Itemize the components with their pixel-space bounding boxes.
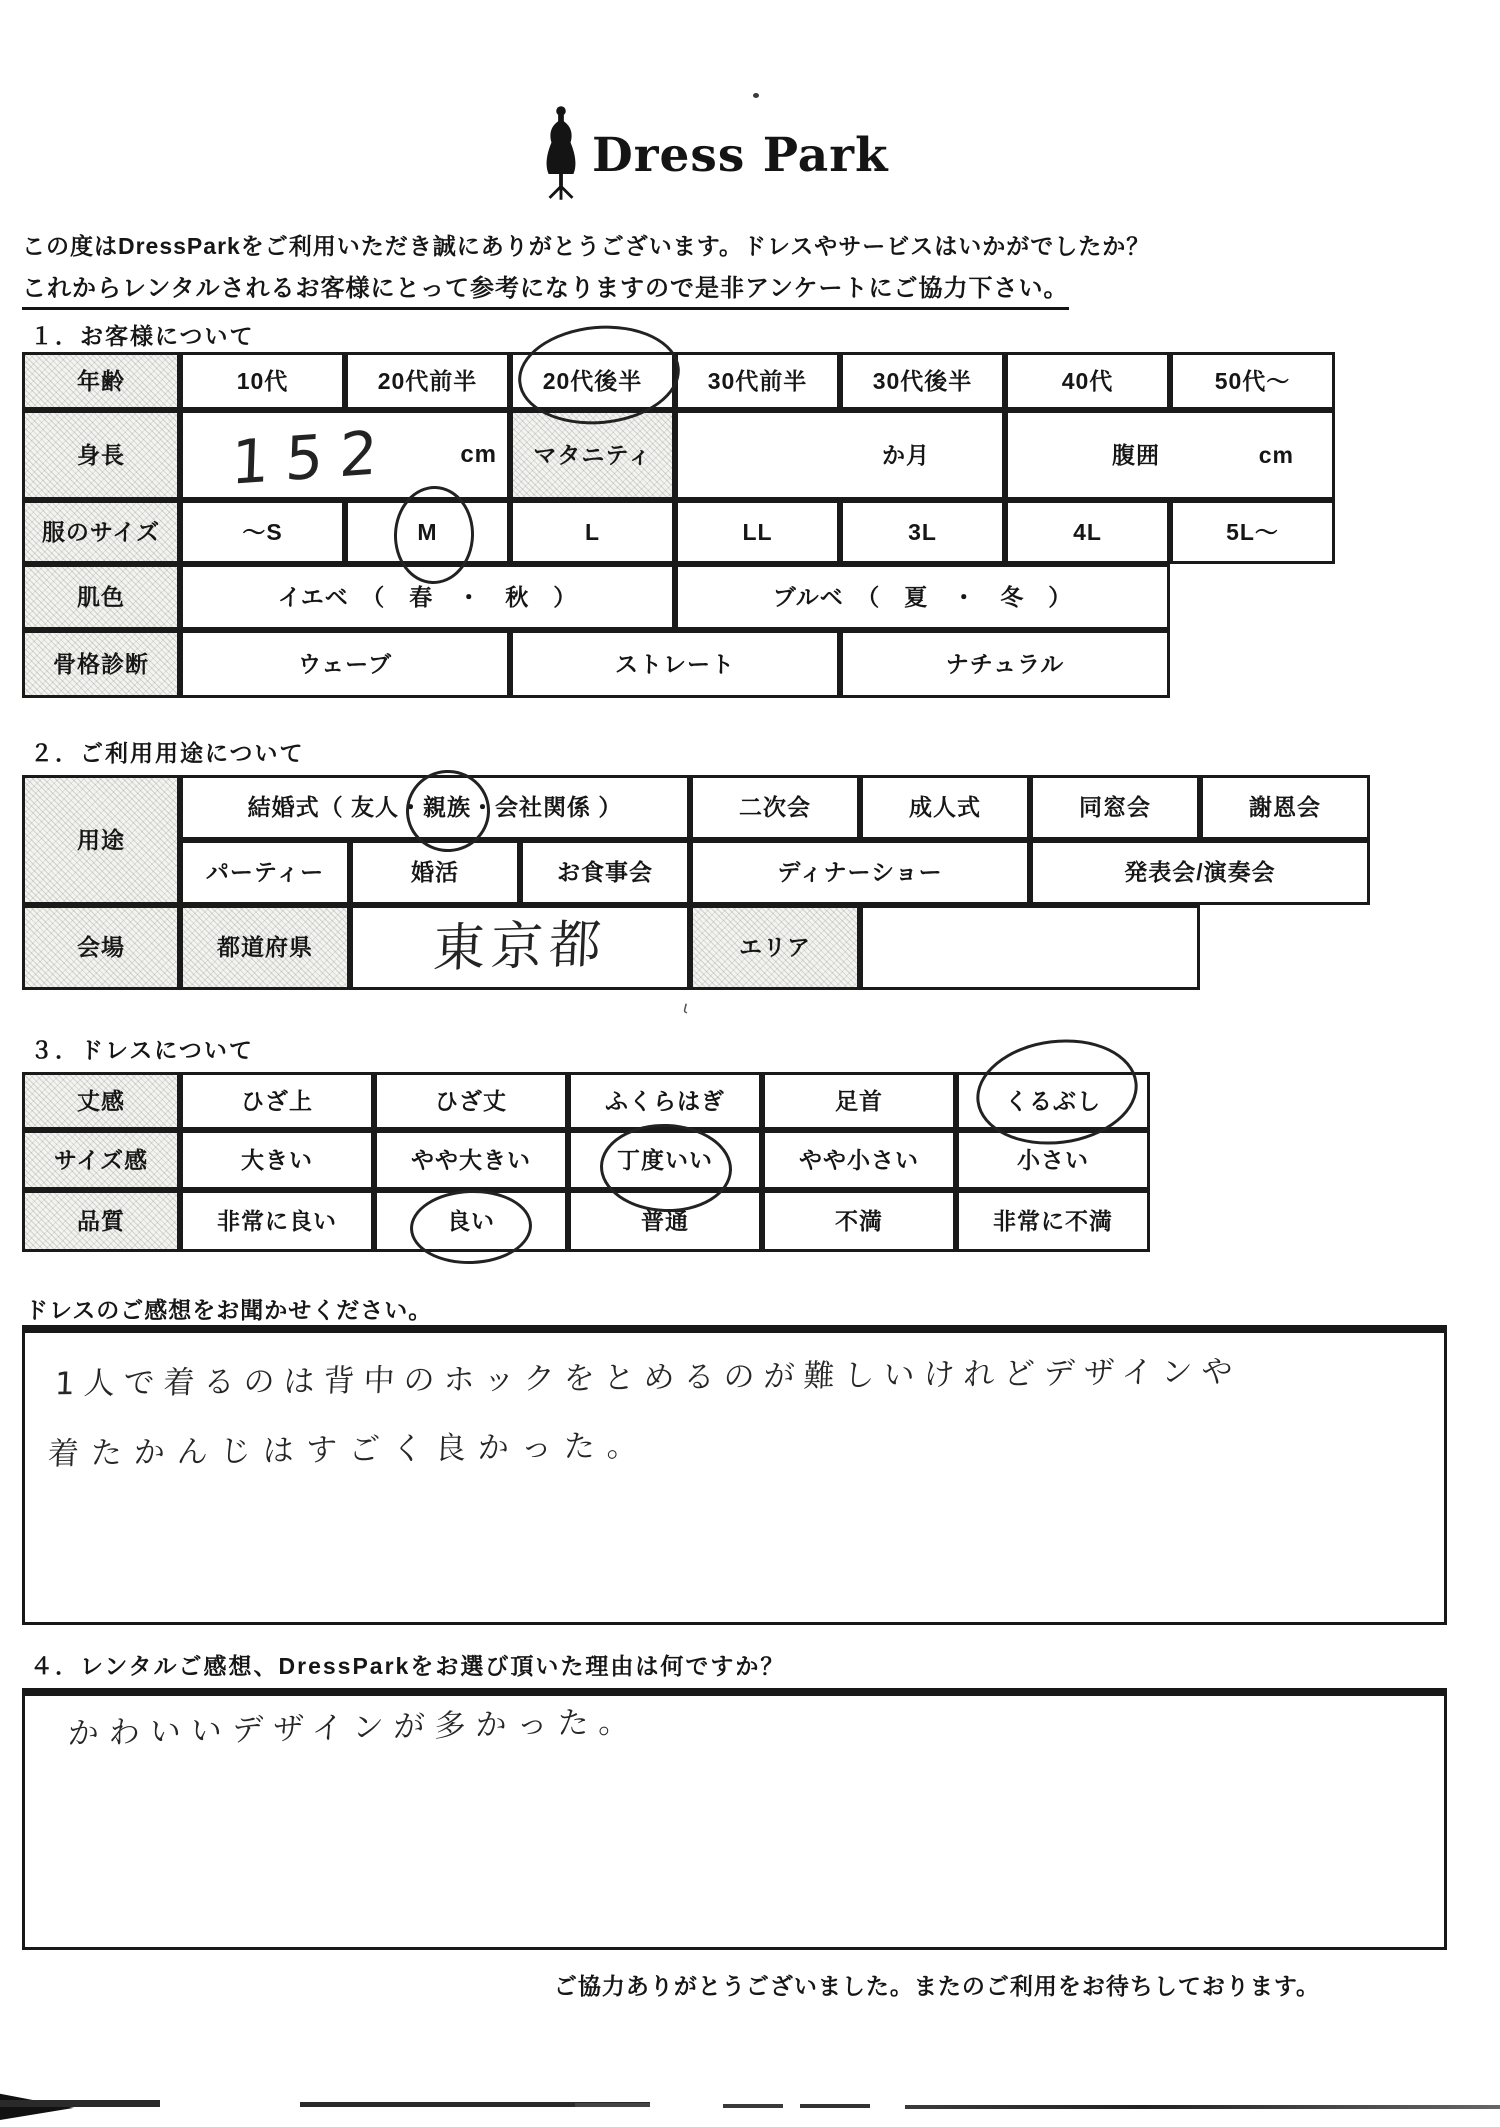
skin-option: ブルベ （ 夏 ・ 冬 ） — [675, 564, 1170, 630]
scanned-survey-page: Dress Park この度はDressParkをご利用いただき誠にありがとうご… — [0, 0, 1500, 2127]
age-row-header: 年齢 — [22, 352, 180, 410]
fit-option: やや大きい — [374, 1130, 568, 1190]
customer-info-table: 年齢 10代 20代前半 20代後半 30代前半 30代後半 40代 50代～ … — [22, 352, 1335, 698]
waist-cell: 腹囲 cm — [1005, 410, 1335, 500]
frame-row-header: 骨格診断 — [22, 630, 180, 698]
logo-text: Dress Park — [592, 128, 889, 183]
size-row-header: 服のサイズ — [22, 500, 180, 564]
section3-heading: ３．ドレスについて — [30, 1032, 254, 1065]
size-option: 4L — [1005, 500, 1170, 564]
table-gap — [1200, 905, 1370, 990]
size-option: LL — [675, 500, 840, 564]
age-option: 50代～ — [1170, 352, 1335, 410]
usage-table: 用途 結婚式（ 友人・親族・会社関係 ） 二次会 成人式 同窓会 謝恩会 パーテ… — [22, 775, 1370, 990]
section1-heading: １．お客様について — [30, 318, 255, 351]
fit-option: 大きい — [180, 1130, 374, 1190]
length-row-header: 丈感 — [22, 1072, 180, 1130]
size-option: 5L～ — [1170, 500, 1335, 564]
scan-artifact-line — [575, 2103, 650, 2107]
scan-artifact-line — [905, 2105, 1500, 2109]
table-gap — [1170, 630, 1335, 698]
usage-option: お食事会 — [520, 840, 690, 905]
quality-option: 不満 — [762, 1190, 956, 1252]
quality-option: 非常に良い — [180, 1190, 374, 1252]
size-option: L — [510, 500, 675, 564]
usage-option: 同窓会 — [1030, 775, 1200, 840]
scan-artifact-line — [800, 2104, 870, 2108]
usage-row-header: 用途 — [22, 775, 180, 905]
fit-option: やや小さい — [762, 1130, 956, 1190]
frame-option: ストレート — [510, 630, 840, 698]
age-option: 20代前半 — [345, 352, 510, 410]
prefecture-label: 都道府県 — [180, 905, 350, 990]
maternity-months-label: か月 — [675, 410, 1005, 500]
scan-artifact-mark: ι — [681, 998, 691, 1019]
age-option: 40代 — [1005, 352, 1170, 410]
usage-option: 二次会 — [690, 775, 860, 840]
dress-feedback-prompt: ドレスのご感想をお聞かせください。 — [25, 1292, 432, 1325]
area-value-cell — [860, 905, 1200, 990]
scan-artifact-line — [723, 2104, 783, 2108]
quality-option: 非常に不満 — [956, 1190, 1150, 1252]
venue-row-header: 会場 — [22, 905, 180, 990]
frame-option: ウェーブ — [180, 630, 510, 698]
height-handwritten-value: 152 — [230, 418, 395, 499]
length-option: ひざ上 — [180, 1072, 374, 1130]
intro-line-2: これからレンタルされるお客様にとって参考になりますので是非アンケートにご協力下さ… — [22, 268, 1069, 310]
age-option: 30代後半 — [840, 352, 1005, 410]
length-option: ひざ丈 — [374, 1072, 568, 1130]
size-option: ～S — [180, 500, 345, 564]
section4-heading: ４．レンタルご感想、DressParkをお選び頂いた理由は何ですか？ — [30, 1648, 785, 1681]
prefecture-handwritten-value: 東京都 — [432, 915, 609, 979]
frame-option: ナチュラル — [840, 630, 1170, 698]
dress-form-icon — [540, 102, 582, 209]
scan-artifact-line — [0, 2100, 160, 2107]
table-gap — [1170, 564, 1335, 630]
usage-option: 謝恩会 — [1200, 775, 1370, 840]
logo: Dress Park — [540, 102, 889, 209]
length-option: ふくらはぎ — [568, 1072, 762, 1130]
usage-option: 発表会/演奏会 — [1030, 840, 1370, 905]
section2-heading: ２．ご利用用途について — [30, 735, 305, 768]
fit-row-header: サイズ感 — [22, 1130, 180, 1190]
usage-option: 成人式 — [860, 775, 1030, 840]
height-unit-label: cm — [460, 441, 497, 469]
skin-row-header: 肌色 — [22, 564, 180, 630]
length-option: 足首 — [762, 1072, 956, 1130]
waist-label: 腹囲 — [1112, 442, 1160, 468]
area-label: エリア — [690, 905, 860, 990]
scan-artifact-dot — [753, 93, 759, 98]
dress-feedback-handwriting-line2: 着たかんじはすごく良かった。 — [47, 1420, 651, 1473]
usage-option: ディナーショー — [690, 840, 1030, 905]
prefecture-value-cell: 東京都 — [350, 905, 690, 990]
age-option: 30代前半 — [675, 352, 840, 410]
quality-row-header: 品質 — [22, 1190, 180, 1252]
waist-unit-label: cm — [1259, 442, 1294, 468]
height-row-header: 身長 — [22, 410, 180, 500]
footer-thanks-text: ご協力ありがとうございました。またのご利用をお待ちしております。 — [0, 1968, 1320, 2001]
usage-option: パーティー — [180, 840, 350, 905]
intro-line-1: この度はDressParkをご利用いただき誠にありがとうございます。ドレスやサー… — [22, 228, 1150, 261]
age-option: 10代 — [180, 352, 345, 410]
height-value-cell: 152 cm — [180, 410, 510, 500]
size-option: 3L — [840, 500, 1005, 564]
